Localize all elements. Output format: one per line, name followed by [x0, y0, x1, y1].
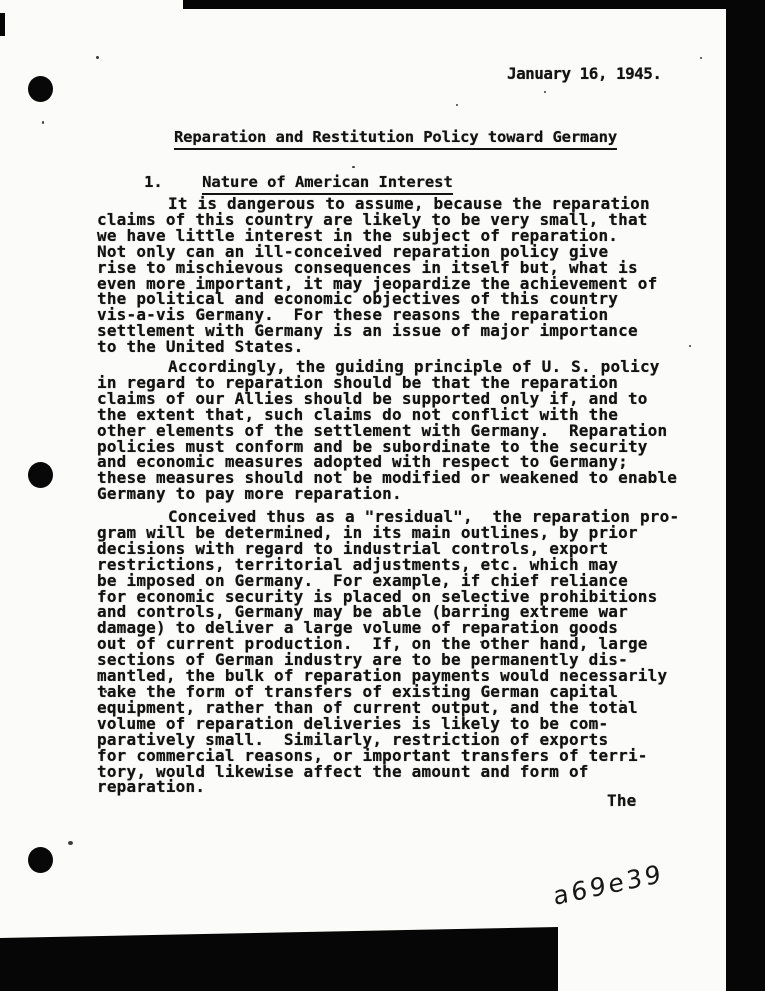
- document-date: January 16, 1945.: [507, 66, 661, 82]
- ink-speck: [689, 345, 691, 347]
- section-title: Nature of American Interest: [202, 173, 453, 195]
- scan-notch-top-left: [0, 13, 5, 36]
- ink-speck: [456, 104, 458, 106]
- ink-speck: [352, 166, 355, 168]
- ink-speck: [68, 841, 73, 845]
- paragraph-2: Accordingly, the guiding principle of U.…: [97, 359, 717, 502]
- punch-hole-top: [28, 76, 53, 102]
- handwritten-archive-code: a69e39: [552, 859, 665, 911]
- ink-speck: [700, 57, 702, 59]
- ink-speck: [480, 641, 482, 643]
- paragraph-line: to the United States.: [97, 339, 717, 355]
- scan-edge-bar-right: [726, 0, 765, 991]
- punch-hole-middle: [28, 462, 53, 488]
- punch-hole-bottom: [28, 847, 53, 873]
- ink-speck: [96, 56, 99, 59]
- ink-speck: [544, 91, 546, 93]
- ink-speck: [620, 700, 622, 702]
- section-number: 1.: [144, 174, 202, 191]
- scan-edge-bar-top: [183, 0, 765, 9]
- ink-speck: [152, 236, 154, 238]
- ink-speck: [42, 121, 44, 124]
- scan-block-bottom: [0, 925, 558, 991]
- paragraph-3: Conceived thus as a "residual", the repa…: [97, 509, 717, 795]
- ink-speck: [104, 690, 107, 693]
- paragraph-line: Germany to pay more reparation.: [97, 486, 717, 502]
- document-title-text: Reparation and Restitution Policy toward…: [174, 128, 617, 150]
- paragraph-1: It is dangerous to assume, because the r…: [97, 196, 717, 355]
- page-catchword: The: [607, 793, 637, 809]
- document-title: Reparation and Restitution Policy toward…: [137, 112, 617, 163]
